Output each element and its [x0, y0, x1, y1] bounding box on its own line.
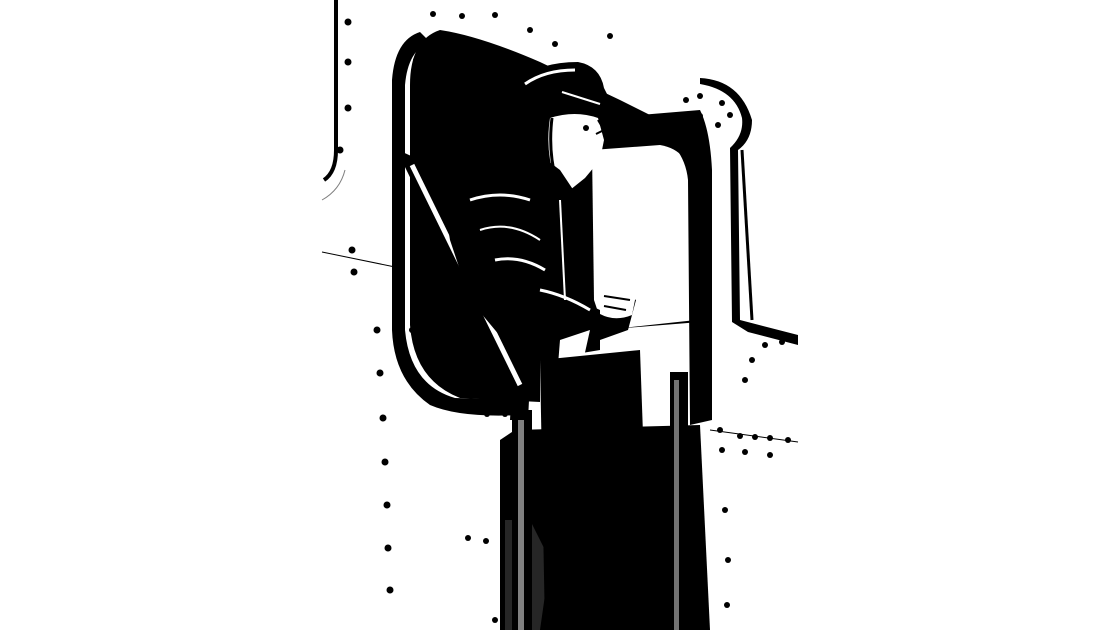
locomotive-cab-photo: High-contrast black and white photo of a…: [0, 0, 1120, 630]
engineer-trousers: [540, 350, 650, 630]
engineer-hand: [600, 288, 636, 318]
